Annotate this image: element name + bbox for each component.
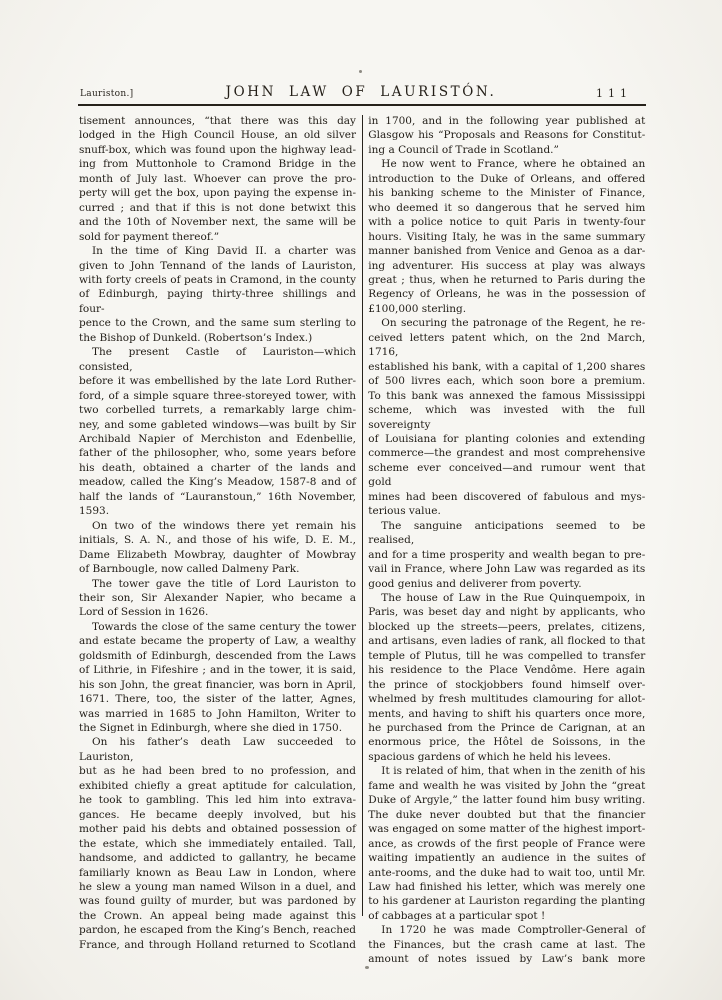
text-line: ceived letters patent which, on the 2nd … bbox=[368, 331, 645, 360]
text-line: curred ; and that if this is not done be… bbox=[79, 201, 356, 215]
text-line: with forty creels of peats in Cramond, i… bbox=[79, 273, 356, 287]
column-divider-rule bbox=[362, 115, 363, 916]
paragraph: in 1700, and in the following year publi… bbox=[368, 114, 645, 157]
printers-mark-top bbox=[359, 70, 362, 73]
text-line: waiting impatiently an audience in the s… bbox=[368, 851, 645, 865]
text-columns: tisement announces, “that there was this… bbox=[79, 114, 646, 967]
text-line: The duke never doubted but that the fina… bbox=[368, 808, 645, 822]
text-line: was found guilty of murder, but was pard… bbox=[79, 894, 356, 908]
text-line: On his father’s death Law succeeded to L… bbox=[79, 735, 356, 764]
text-line: Archibald Napier of Merchiston and Edenb… bbox=[79, 432, 356, 446]
paragraph: In the time of King David II. a charter … bbox=[79, 244, 356, 345]
paragraph: Towards the close of the same century th… bbox=[79, 620, 356, 736]
text-line: good genius and deliverer from poverty. bbox=[368, 577, 645, 591]
text-line: initials, S. A. N., and those of his wif… bbox=[79, 533, 356, 547]
text-line: the Crown. An appeal being made against … bbox=[79, 909, 356, 923]
text-line: established his bank, with a capital of … bbox=[368, 360, 645, 374]
text-line: ford, of a simple square three-storeyed … bbox=[79, 389, 356, 403]
text-line: the Signet in Edinburgh, where she died … bbox=[79, 721, 356, 735]
text-line: and for a time prosperity and wealth beg… bbox=[368, 548, 645, 562]
paragraph: It is related of him, that when in the z… bbox=[368, 764, 645, 923]
text-line: of 500 livres each, which soon bore a pr… bbox=[368, 374, 645, 388]
text-line: Lord of Session in 1626. bbox=[79, 605, 356, 619]
text-line: The house of Law in the Rue Quinquempoix… bbox=[368, 591, 645, 605]
text-line: Paris, was beset day and night by applic… bbox=[368, 605, 645, 619]
text-line: who deemed it so dangerous that he serve… bbox=[368, 201, 645, 215]
text-line: The present Castle of Lauriston—which co… bbox=[79, 345, 356, 374]
header-rule bbox=[78, 104, 646, 106]
text-line: the Bishop of Dunkeld. (Robertson’s Inde… bbox=[79, 331, 356, 345]
text-line: familiarly known as Beau Law in London, … bbox=[79, 866, 356, 880]
paragraph: He now went to France, where he obtained… bbox=[368, 157, 645, 316]
text-line: He now went to France, where he obtained… bbox=[368, 157, 645, 171]
text-line: In 1720 he was made Comptroller-General … bbox=[368, 923, 645, 937]
text-line: The tower gave the title of Lord Laurist… bbox=[79, 577, 356, 591]
text-line: the estate, which she immediately entail… bbox=[79, 837, 356, 851]
text-line: scheme ever conceived—and rumour went th… bbox=[368, 461, 645, 490]
text-line: enormous price, the Hôtel de Soissons, i… bbox=[368, 735, 645, 749]
text-line: his death, obtained a charter of the lan… bbox=[79, 461, 356, 475]
text-line: perty will get the box, upon paying the … bbox=[79, 186, 356, 200]
text-line: manner banished from Venice and Genoa as… bbox=[368, 244, 645, 258]
text-line: father of the philosopher, who, some yea… bbox=[79, 446, 356, 460]
text-line: meadow, called the King’s Meadow, 1587-8… bbox=[79, 475, 356, 489]
text-line: before it was embellished by the late Lo… bbox=[79, 374, 356, 388]
text-line: month of July last. Whoever can prove th… bbox=[79, 172, 356, 186]
paragraph: The present Castle of Lauriston—which co… bbox=[79, 345, 356, 518]
paragraph: In 1720 he was made Comptroller-General … bbox=[368, 923, 645, 966]
text-line: Glasgow his “Proposals and Reasons for C… bbox=[368, 128, 645, 142]
text-line: Dame Elizabeth Mowbray, daughter of Mowb… bbox=[79, 548, 356, 562]
text-line: amount of notes issued by Law’s bank mor… bbox=[368, 952, 645, 966]
right-column: in 1700, and in the following year publi… bbox=[368, 114, 645, 967]
paragraph: The sanguine anticipations seemed to be … bbox=[368, 519, 645, 591]
text-line: vail in France, where John Law was regar… bbox=[368, 562, 645, 576]
text-line: fame and wealth he was visited by John t… bbox=[368, 779, 645, 793]
text-line: two corbelled turrets, a remarkably larg… bbox=[79, 403, 356, 417]
text-line: France, and through Holland returned to … bbox=[79, 938, 356, 952]
text-line: 1593. bbox=[79, 504, 356, 518]
text-line: ing a Council of Trade in Scotland.” bbox=[368, 143, 645, 157]
text-line: exhibited chiefly a great aptitude for c… bbox=[79, 779, 356, 793]
text-line: of Edinburgh, paying thirty-three shilli… bbox=[79, 287, 356, 316]
text-line: their son, Sir Alexander Napier, who bec… bbox=[79, 591, 356, 605]
text-line: of cabbages at a particular spot ! bbox=[368, 909, 645, 923]
paragraph: The tower gave the title of Lord Laurist… bbox=[79, 577, 356, 620]
text-line: ing adventurer. His success at play was … bbox=[368, 259, 645, 273]
text-line: The sanguine anticipations seemed to be … bbox=[368, 519, 645, 548]
text-line: ments, and having to shift his quarters … bbox=[368, 707, 645, 721]
text-line: blocked up the streets—peers, prelates, … bbox=[368, 620, 645, 634]
text-line: handsome, and addicted to gallantry, he … bbox=[79, 851, 356, 865]
text-line: hours. Visiting Italy, he was in the sam… bbox=[368, 230, 645, 244]
text-line: pence to the Crown, and the same sum ste… bbox=[79, 316, 356, 330]
text-line: On securing the patronage of the Regent,… bbox=[368, 316, 645, 330]
text-line: lodged in the High Council House, an old… bbox=[79, 128, 356, 142]
text-line: ante-rooms, and the duke had to wait too… bbox=[368, 866, 645, 880]
text-line: was married in 1685 to John Hamilton, Wr… bbox=[79, 707, 356, 721]
text-line: ance, as crowds of the first people of F… bbox=[368, 837, 645, 851]
printers-mark-bottom bbox=[365, 966, 369, 969]
text-line: and artisans, even ladies of rank, all f… bbox=[368, 634, 645, 648]
text-line: mother paid his debts and obtained posse… bbox=[79, 822, 356, 836]
text-line: of Louisiana for planting colonies and e… bbox=[368, 432, 645, 446]
book-page: Lauriston.] JOHN LAW OF LAURISTÓN. 111 t… bbox=[0, 0, 722, 1000]
text-line: In the time of King David II. a charter … bbox=[79, 244, 356, 258]
text-line: scheme, which was invested with the full… bbox=[368, 403, 645, 432]
text-line: his banking scheme to the Minister of Fi… bbox=[368, 186, 645, 200]
text-line: ing from Muttonhole to Cramond Bridge in… bbox=[79, 157, 356, 171]
text-line: goldsmith of Edinburgh, descended from t… bbox=[79, 649, 356, 663]
paragraph: On securing the patronage of the Regent,… bbox=[368, 316, 645, 518]
paragraph: On his father’s death Law succeeded to L… bbox=[79, 735, 356, 952]
text-line: To this bank was annexed the famous Miss… bbox=[368, 389, 645, 403]
text-line: Duke of Argyle,” the latter found him bu… bbox=[368, 793, 645, 807]
text-line: introduction to the Duke of Orleans, and… bbox=[368, 172, 645, 186]
text-line: snuff-box, which was found upon the high… bbox=[79, 143, 356, 157]
text-line: of Barnbougle, now called Dalmeny Park. bbox=[79, 562, 356, 576]
text-line: mines had been discovered of fabulous an… bbox=[368, 490, 645, 504]
text-line: he took to gambling. This led him into e… bbox=[79, 793, 356, 807]
text-line: terious value. bbox=[368, 504, 645, 518]
text-line: commerce—the grandest and most comprehen… bbox=[368, 446, 645, 460]
paragraph: On two of the windows there yet remain h… bbox=[79, 519, 356, 577]
text-line: tisement announces, “that there was this… bbox=[79, 114, 356, 128]
text-line: was engaged on some matter of the highes… bbox=[368, 822, 645, 836]
text-line: half the lands of “Lauranstoun,” 16th No… bbox=[79, 490, 356, 504]
text-line: the Finances, but the crash came at last… bbox=[368, 938, 645, 952]
text-line: whelmed by fresh multitudes clamouring f… bbox=[368, 692, 645, 706]
text-line: pardon, he escaped from the King’s Bench… bbox=[79, 923, 356, 937]
text-line: and the 10th of November next, the same … bbox=[79, 215, 356, 229]
text-line: the prince of stockjobbers found himself… bbox=[368, 678, 645, 692]
text-line: in 1700, and in the following year publi… bbox=[368, 114, 645, 128]
text-line: ney, and some gableted windows—was built… bbox=[79, 418, 356, 432]
text-line: £100,000 sterling. bbox=[368, 302, 645, 316]
text-line: given to John Tennand of the lands of La… bbox=[79, 259, 356, 273]
text-line: his son John, the great financier, was b… bbox=[79, 678, 356, 692]
text-line: Towards the close of the same century th… bbox=[79, 620, 356, 634]
text-line: gances. He became deeply involved, but h… bbox=[79, 808, 356, 822]
text-line: sold for payment thereof.” bbox=[79, 230, 356, 244]
text-line: Law had finished his letter, which was m… bbox=[368, 880, 645, 894]
text-line: he purchased from the Prince de Carignan… bbox=[368, 721, 645, 735]
page-number: 111 bbox=[596, 87, 632, 100]
text-line: but as he had been bred to no profession… bbox=[79, 764, 356, 778]
paragraph: tisement announces, “that there was this… bbox=[79, 114, 356, 244]
left-column: tisement announces, “that there was this… bbox=[79, 114, 356, 967]
text-line: to his gardener at Lauriston regarding t… bbox=[368, 894, 645, 908]
text-line: his residence to the Place Vendôme. Here… bbox=[368, 663, 645, 677]
text-line: with a police notice to quit Paris in tw… bbox=[368, 215, 645, 229]
text-line: temple of Plutus, till he was compelled … bbox=[368, 649, 645, 663]
text-line: he slew a young man named Wilson in a du… bbox=[79, 880, 356, 894]
text-line: and estate became the property of Law, a… bbox=[79, 634, 356, 648]
text-line: of Lithrie, in Fifeshire ; and in the to… bbox=[79, 663, 356, 677]
paragraph: The house of Law in the Rue Quinquempoix… bbox=[368, 591, 645, 764]
text-line: It is related of him, that when in the z… bbox=[368, 764, 645, 778]
text-line: 1671. There, too, the sister of the latt… bbox=[79, 692, 356, 706]
text-line: Regency of Orleans, he was in the posses… bbox=[368, 287, 645, 301]
text-line: great ; thus, when he returned to Paris … bbox=[368, 273, 645, 287]
text-line: On two of the windows there yet remain h… bbox=[79, 519, 356, 533]
text-line: spacious gardens of which he held his le… bbox=[368, 750, 645, 764]
